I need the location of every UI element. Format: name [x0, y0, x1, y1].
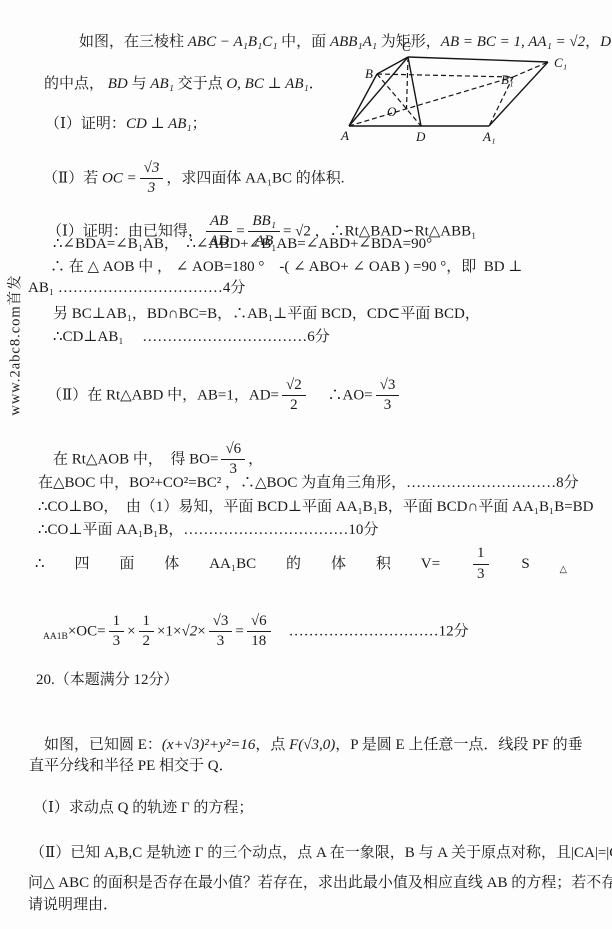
fraction: √63 — [221, 442, 245, 479]
p20-part2-line3: 请说明理由． — [28, 896, 118, 916]
text-run: ∴AO= — [309, 387, 373, 403]
fraction-denominator: 2 — [282, 396, 306, 414]
math-run: √2 — [181, 623, 197, 639]
text-run: ，点 — [255, 737, 289, 753]
text-run: 的中点， — [44, 76, 108, 92]
p20-header: 20.（本题满分 12分） — [36, 671, 179, 691]
solid-edges — [349, 57, 548, 126]
p19-sol2-line4: ∴CO⊥BO， 由（1）易知，平面 BCD⊥平面 AA₁B₁B，平面 BCD∩平… — [38, 498, 594, 518]
p19-sol2-line5: ∴CO⊥平面 AA₁B₁B，……………………………10分 — [38, 521, 378, 541]
fraction-numerator: 1 — [473, 546, 489, 565]
fraction: 13 — [109, 614, 125, 651]
fraction: √33 — [209, 614, 233, 651]
vertex-label-B1: B₁ — [501, 72, 513, 87]
text-run: 体 — [164, 555, 179, 575]
text-run: （Ⅰ）证明： — [45, 116, 126, 132]
fraction: √33 — [140, 161, 164, 198]
fraction-denominator: 18 — [247, 632, 271, 650]
fraction-numerator: √2 — [282, 378, 306, 397]
subscript-run: AA1B — [43, 632, 68, 642]
p20-statement-line2: 直平分线和半径 PE 相交于 Q． — [29, 757, 234, 777]
vertex-label-O: O — [387, 104, 397, 119]
text-run: 交于点 — [174, 76, 227, 92]
math-run: F(√3,0) — [289, 737, 335, 753]
fraction-denominator: 2 — [139, 632, 155, 650]
triangle-subscript: △ — [560, 564, 567, 576]
fraction-numerator: 1 — [139, 614, 155, 633]
text-run: 积 — [376, 555, 391, 575]
p19-sol1-line2: ∴∠BDA=∠B₁AB， ∴∠ABD+∠B₁AB=∠ABD+∠BDA=90° — [53, 235, 432, 255]
fraction-numerator: AB — [206, 214, 232, 233]
watermark: www.2abc8.com首发 — [4, 274, 25, 415]
text-run: …………………………12分 — [274, 623, 469, 639]
text-run: 的 — [286, 555, 301, 575]
vertex-label-A: A — [340, 128, 349, 143]
text-run: = — [235, 623, 243, 639]
fraction-denominator: 3 — [209, 632, 233, 650]
text-run: ， — [248, 451, 263, 467]
fraction: 13 — [473, 546, 489, 583]
text-run: × — [197, 623, 205, 639]
fraction-denominator: 3 — [376, 396, 400, 414]
text-run: × — [127, 623, 135, 639]
p19-sol1-line4: AB₁ ……………………………4分 — [28, 279, 245, 299]
p20-part2-line1: （Ⅱ）已知 A,B,C 是轨迹 Γ 的三个动点，点 A 在一象限，B 与 A 关… — [30, 844, 612, 864]
p19-sol1-line3: ∴ 在 △ AOB 中 ， ∠ AOB=180 ° -( ∠ ABO+ ∠ OA… — [50, 258, 522, 278]
fraction-numerator: 1 — [109, 614, 125, 633]
fraction-numerator: BB₁ — [248, 214, 280, 233]
text-run: 如图，在三棱柱 — [79, 34, 188, 50]
math-run: (x+√3)²+y²=16 — [162, 737, 255, 753]
text-run: AA₁BC — [209, 555, 256, 575]
fraction-numerator: √6 — [247, 614, 271, 633]
text-run: ×1× — [157, 623, 181, 639]
vertex-label-D: D — [415, 129, 426, 144]
fraction: √33 — [376, 378, 400, 415]
math-run: OC = — [102, 170, 137, 186]
p20-part1-question: （Ⅰ）求动点 Q 的轨迹 Γ 的方程； — [33, 799, 253, 819]
math-run: CD ⊥ AB₁ — [126, 116, 192, 132]
vertex-label-B: B — [365, 66, 373, 81]
vertex-label-C: C — [402, 39, 411, 54]
text-run: ，求四面体 AA₁BC 的体积. — [166, 170, 344, 186]
fraction-denominator: 3 — [109, 632, 125, 650]
text-run: ×OC= — [68, 623, 106, 639]
text-run: 与 — [128, 76, 151, 92]
text-run: ； — [192, 116, 207, 132]
fraction-numerator: √3 — [140, 161, 164, 180]
text-run: 在 Rt△AOB 中， 得 BO= — [53, 451, 218, 467]
p20-part2-line2: 问△ ABC 的面积是否存在最小值？若存在，求出此最小值及相应直线 AB 的方程… — [28, 874, 612, 894]
vertex-label-A1: A₁ — [482, 129, 495, 144]
math-run: BD — [108, 76, 128, 92]
fraction: √618 — [247, 614, 271, 651]
p19-sol2-line3: 在△BOC 中，BO²+CO²=BC² ，∴△BOC 为直角三角形，………………… — [38, 474, 579, 494]
math-run: AB₁ — [150, 76, 174, 92]
fraction: √22 — [282, 378, 306, 415]
exam-page: www.2abc8.com首发 如图，在三棱柱 ABC − A₁B₁C₁ 中，面… — [0, 0, 612, 929]
fraction-numerator: √3 — [209, 614, 233, 633]
p19-sol1-line6: ∴CD⊥AB₁ ……………………………6分 — [53, 328, 330, 348]
fraction-numerator: √6 — [221, 442, 245, 461]
prism-figure: A B C D O A₁ B₁ C₁ — [338, 38, 612, 150]
fraction-numerator: √3 — [376, 378, 400, 397]
text-run: 如图，已知圆 E： — [44, 737, 162, 753]
p19-sol2-volume-line: ∴ 四 面 体 AA₁BC 的 体 积 V= 13 S △ — [35, 546, 567, 583]
text-run: S — [521, 555, 529, 575]
p19-sol1-line5: 另 BC⊥AB₁，BD∩BC=B，∴AB₁⊥平面 BCD，CD⊂平面 BCD， — [53, 305, 480, 325]
text-run: 面 — [119, 555, 134, 575]
fraction-denominator: 3 — [473, 565, 489, 583]
text-run: V= — [421, 555, 440, 575]
text-run: （Ⅱ）若 — [43, 170, 102, 186]
text-run: 中，面 — [277, 34, 330, 50]
text-run: ． — [309, 76, 324, 92]
text-run: （Ⅱ）在 Rt△ABD 中，AB=1，AD= — [47, 387, 279, 403]
text-run: ∴ — [35, 555, 45, 575]
text-run: 体 — [331, 555, 346, 575]
math-run: O, BC ⊥ AB₁ — [226, 76, 308, 92]
text-run: 四 — [74, 555, 89, 575]
math-run: ABC − A₁B₁C₁ — [188, 34, 278, 50]
vertex-label-C1: C₁ — [554, 55, 567, 70]
fraction: 12 — [139, 614, 155, 651]
text-run: ，P 是圆 E 上任意一点．线段 PF 的垂 — [335, 737, 582, 753]
p19-sol2-final-line: AA1B×OC=13×12×1×√2×√33=√618 …………………………12… — [28, 594, 469, 670]
